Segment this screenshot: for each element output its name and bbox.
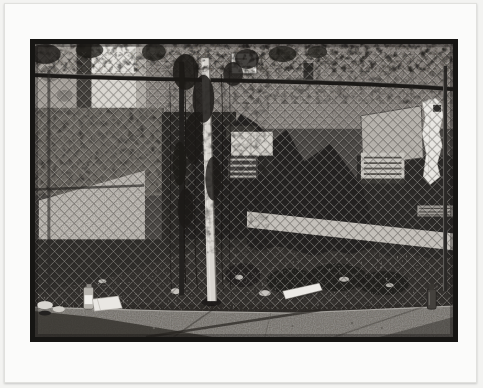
- bottle-neck: [429, 284, 434, 290]
- vine-clump: [185, 113, 203, 165]
- vine-clump: [269, 46, 297, 62]
- paper-scrap: [53, 306, 65, 312]
- photo-image: [35, 44, 453, 337]
- scan-background: { "artwork": { "type": "black-and-white …: [0, 0, 483, 388]
- bottle-cap: [87, 284, 92, 288]
- vine-clump: [205, 157, 221, 201]
- photograph-print: [4, 3, 477, 383]
- glass-bottle-left: [84, 284, 94, 309]
- pebble: [351, 322, 353, 324]
- vine-clump: [178, 189, 194, 229]
- pebble: [153, 327, 155, 329]
- vine-clump: [173, 54, 199, 90]
- dark-debris: [39, 311, 51, 316]
- bottle-label: [85, 295, 93, 304]
- pebble: [292, 325, 294, 327]
- white-box: [92, 296, 122, 311]
- photo-frame: [30, 39, 458, 342]
- vine-clump: [307, 46, 327, 58]
- paper-scrap: [37, 301, 53, 309]
- vine-clump: [173, 142, 187, 186]
- box-face: [92, 296, 122, 311]
- pebble: [381, 327, 383, 329]
- bottle-body: [427, 289, 436, 309]
- vine-clump: [235, 49, 259, 69]
